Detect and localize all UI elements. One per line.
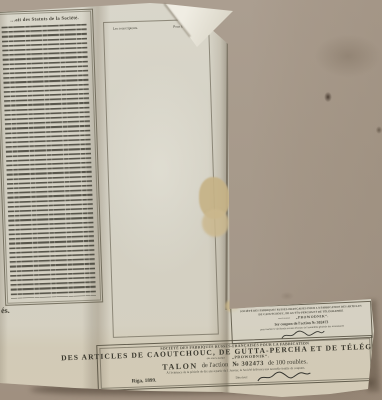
talon-signer-label: Directeur: — [235, 376, 247, 379]
statutes-heading-text: …ait des Statuts de la Société. — [10, 14, 79, 22]
talon-place-date: Riga, 1899. — [132, 378, 157, 385]
talon-block: SOCIÉTÉ DES FABRIQUES RUSSES-FRANÇAISES … — [96, 335, 374, 391]
glue-stain-lower — [202, 209, 229, 237]
statutes-body-microtext — [2, 24, 96, 299]
statutes-column: …ait des Statuts de la Société. — [0, 9, 103, 306]
talon-content: SOCIÉTÉ DES FABRIQUES RUSSES-FRANÇAISES … — [99, 338, 370, 388]
folded-share-document: …ait des Statuts de la Société. és. Les … — [0, 0, 382, 400]
verso-page: Les souscripteurs. Pour les transferts. — [103, 19, 219, 338]
cutoff-word-fragment: és. — [1, 306, 10, 315]
page-edge-line — [225, 42, 228, 310]
photo-of-share-talon-on-cardboard: …ait des Statuts de la Société. és. Les … — [0, 0, 382, 400]
verso-header-left: Les souscripteurs. — [112, 26, 137, 31]
